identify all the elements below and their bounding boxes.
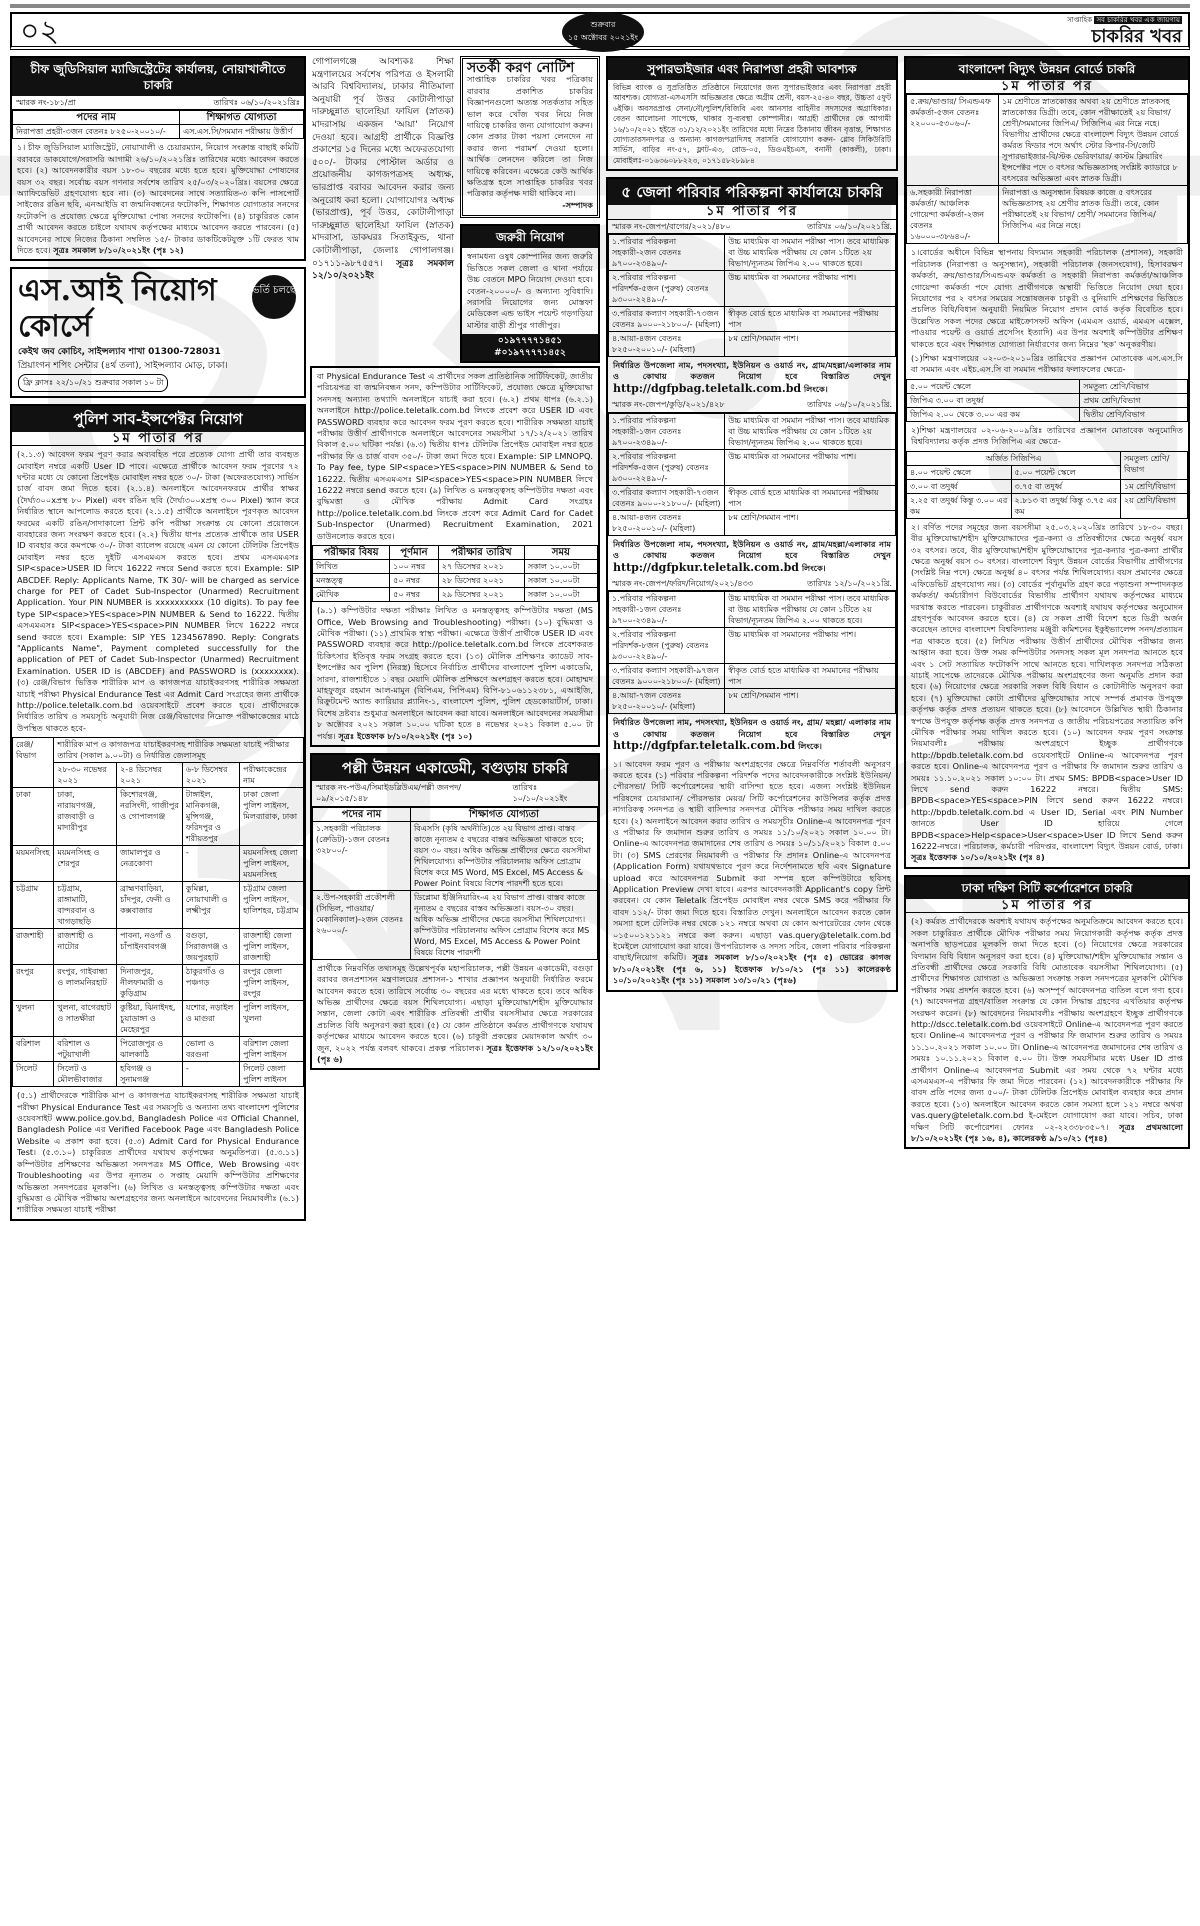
cell: চট্টগ্রাম জেলা পুলিশ লাইনস, হালিশহর, চট্… bbox=[240, 882, 304, 929]
cell: ঢাকা জেলা পুলিশ লাইনস, মিলব্যারাক, ঢাকা bbox=[240, 788, 304, 846]
table-header-row: অর্জিত সিজিপিএসমতুল্য শ্রেণি/বিভাগ bbox=[907, 451, 1188, 465]
cell: ২৮-৩০ নভেম্বর ২০২১ bbox=[54, 763, 117, 788]
cell: ২-৪ ডিসেম্বর ২০২১ bbox=[117, 763, 183, 788]
cell: কুষ্টিয়া, ঝিনাইদহ, চুয়াডাঙ্গা ও মেহেরপ… bbox=[117, 1001, 183, 1037]
family-planning-ad: ৫ জেলা পরিবার পরিকল্পনা কার্যালয়ে চাকরি… bbox=[606, 177, 898, 991]
cell: পিরোজপুর ও ঝালকাঠি bbox=[117, 1037, 183, 1062]
cell: খুলনা, বাগেরহাট ও সাতক্ষীরা bbox=[54, 1001, 117, 1037]
free-class: ফ্রি ক্লাসঃ ২২/১০/২১ শুক্রবার সকাল ১০ টা bbox=[18, 374, 168, 391]
cell: ৩.পরিবার কল্যাণ সহকারী-৭৩জন বেতনঃ ৯০০০-২… bbox=[609, 307, 725, 332]
cell: চট্টগ্রাম, রাঙ্গামাটি, বান্দরবান ও খাগড়… bbox=[54, 882, 117, 929]
cell: রাজশাহী ও নাটোর bbox=[54, 929, 117, 965]
cell: উচ্চ মাধ্যমিক বা সমমানের পরীক্ষায় পাশ। bbox=[725, 271, 896, 307]
table-row: ৪.আয়া-৪জন বেতনঃ ৮২৫০-২০০১০/- (মহিলা)৮ম … bbox=[609, 510, 896, 535]
memo-date: তারিখঃ ০৬/১০/২০২১খ্রি. bbox=[807, 221, 892, 232]
th-post: পদের নাম bbox=[13, 111, 180, 125]
bpdb-title: বাংলাদেশ বিদ্যুৎ উন্নয়ন বোর্ডে চাকরি bbox=[906, 58, 1188, 80]
page-number: ০২ bbox=[20, 14, 59, 50]
family-note: নির্ধারিত উপজেলা নাম, পদসংখ্যা, ইউনিয়ন … bbox=[608, 536, 896, 577]
cell: বগুড়া, সিরাজগঞ্জ ও জয়পুরহাট bbox=[182, 929, 239, 965]
cell: সকাল ১০.০০টা bbox=[524, 574, 597, 588]
madrasa-ad: গোপালগঞ্জে আবশ্যকঃ শিক্ষা মন্ত্রণালয়ের … bbox=[310, 56, 456, 283]
gpa-intro-1: (১)শিক্ষা মন্ত্রণালয়ের ০২-০৩-২০১০খ্রিঃ … bbox=[906, 353, 1188, 379]
table-row: মৌখিক৫০ নম্বর২৯ ডিসেম্বর ২০২১সকাল ১০.০০ট… bbox=[313, 588, 598, 602]
column-1: চীফ জুডিসিয়াল ম্যাজিস্ট্রেটের কার্যালয়… bbox=[10, 56, 306, 1227]
logo-name: চাকরির খবর bbox=[1067, 26, 1182, 48]
table-row: খুলনাখুলনা, বাগেরহাট ও সাতক্ষীরাকুষ্টিয়… bbox=[13, 1001, 304, 1037]
table-row: রাজশাহীরাজশাহী ও নাটোরপাবনা, নওগাঁ ও চাঁ… bbox=[13, 929, 304, 965]
cell: রংপুর, গাইবান্ধা ও লালমনিরহাট bbox=[54, 965, 117, 1001]
cell: সিলেট ও মৌলভীবাজার bbox=[54, 1062, 117, 1087]
cell: ৫.০০ পয়েন্ট স্কেলে bbox=[907, 379, 1080, 393]
police-ad: পুলিশ সাব-ইন্সপেক্টর নিয়োগ ১ম পাতার পর … bbox=[10, 404, 306, 1221]
cell: সিলেট bbox=[13, 1062, 54, 1087]
cell: ৬-৮ ডিসেম্বর ২০২১ bbox=[182, 763, 239, 788]
rda-body: প্রার্থীকে নিম্নবর্ণিত তথ্যসমূহ উল্লেখপূ… bbox=[317, 963, 593, 1053]
cell: কিশোরগঞ্জ, নরসিংদী, গাজীপুর ও গোপালগঞ্জ bbox=[117, 788, 183, 846]
cell: ৪.০০ পয়েন্ট স্কেলে bbox=[907, 465, 1012, 479]
table-row: ৩.০০ বা তদুর্ধ্ব৩.৭৫ বা তদুর্ধ্ব১ম শ্রেণ… bbox=[907, 479, 1188, 493]
link-url[interactable]: http://dgfpkur.teletalk.com.bd bbox=[613, 561, 799, 574]
table-row: ১.পরিবার পরিকল্পনা সহকারী-২জন বেতনঃ ৯৭০০… bbox=[609, 235, 896, 271]
cell: বরিশাল bbox=[13, 1037, 54, 1062]
table-row: ২.পরিবার পরিকল্পনা পরিদর্শক-৫জন (পুরুষ) … bbox=[609, 271, 896, 307]
family-note: নির্ধারিত উপজেলা নাম, পদসংখ্যা, ইউনিয়ন … bbox=[608, 714, 896, 755]
issue-date: ১৫ অক্টোবর ২০২১ইং bbox=[562, 31, 644, 44]
cell: ৩.পরিবার কল্যাণ সহকারী-৯৭জন বেতনঃ ৯০০০-২… bbox=[609, 664, 725, 689]
cell: স্বীকৃত বোর্ড হতে মাধ্যমিক বা সমমানের পর… bbox=[725, 664, 896, 689]
family-table: ১.পরিবার পরিকল্পনা সহকারী-১জন বেতনঃ ৯৭০০… bbox=[608, 591, 896, 714]
cell: ময়মনসিংহ ও শেরপুর bbox=[54, 846, 117, 882]
link-url[interactable]: http://dgfpbag.teletalk.com.bd bbox=[613, 382, 801, 395]
family-memo-row: স্মারক নং-জেপপ/বাগের/২০২১/৪৮০তারিখঃ ০৬/১… bbox=[608, 220, 896, 234]
table-row: চট্টগ্রামচট্টগ্রাম, রাঙ্গামাটি, বান্দরবা… bbox=[13, 882, 304, 929]
cell: জিপিএ ৩.০০ বা তদুর্ধ্ব bbox=[907, 393, 1080, 407]
memo-number: স্মারক নং-জেপপ/কুড়ি/২০২১/৪২৮ bbox=[612, 399, 725, 410]
cell: ৪.আয়া-৪জন বেতনঃ ৮২৫০-২০০১০/- (মহিলা) bbox=[609, 510, 725, 535]
table-header: রেঞ্জ/ বিভাগ bbox=[13, 738, 54, 788]
table-row: রংপুররংপুর, গাইবান্ধা ও লালমনিরহাটদিনাজপ… bbox=[13, 965, 304, 1001]
table-row: ২.২৫ বা তদুর্ধ্ব কিন্তু ৩.০০ এর কম২.৮১৩ … bbox=[907, 493, 1188, 518]
cell: প্রথম শ্রেণি/বিভাগ bbox=[1080, 393, 1188, 407]
cell: খুলনা bbox=[13, 1001, 54, 1037]
coaching-contact: কেইথ জব কোচিং, সাইন্সল্যাব শাখা 01300-72… bbox=[18, 347, 298, 358]
table-row: ৬.সহকারী নিরাপত্তা কর্মকর্তা/ আঞ্চলিক গো… bbox=[907, 186, 1188, 244]
gpa-table-2: অর্জিত সিজিপিএসমতুল্য শ্রেণি/বিভাগ৪.০০ প… bbox=[906, 451, 1188, 519]
judicial-body: ১। চীফ জুডিসিয়াল ম্যাজিস্ট্রেট, নোয়াখা… bbox=[17, 142, 299, 255]
family-table: ১.পরিবার পরিকল্পনা সহকারী-১জন বেতনঃ ৯৭০০… bbox=[608, 413, 896, 536]
cell: ৪.আয়া-৭জন বেতনঃ ৮২৫০-২০০১০/- (মহিলা) bbox=[609, 689, 725, 714]
table-row: ২.উপ-সহকারী প্রকৌশলী (সিভিল, পাওয়ার/ মে… bbox=[313, 890, 598, 959]
masthead: ০২ শুক্রবার ১৫ অক্টোবর ২০২১ইং সাপ্তাহিক … bbox=[10, 12, 1190, 50]
table-header: সমতুল্য শ্রেণি/বিভাগ bbox=[1120, 451, 1187, 479]
table-row: ৪.আয়া-৭জন বেতনঃ ৮২৫০-২০০১০/- (মহিলা)৮ম … bbox=[609, 689, 896, 714]
note-text: নির্ধারিত উপজেলা নাম, পদসংখ্যা, ইউনিয়ন … bbox=[613, 360, 891, 381]
cell: ১.পরিবার পরিকল্পনা সহকারী-২জন বেতনঃ ৯৭০০… bbox=[609, 235, 725, 271]
cell: ১০০ নম্বর bbox=[390, 560, 439, 574]
police-continued: বা Physical Endurance Test এ প্রার্থীদের… bbox=[310, 366, 600, 747]
date-badge: শুক্রবার ১৫ অক্টোবর ২০২১ইং bbox=[562, 12, 644, 52]
family-memo-row: স্মারক নং-জেপপ/ফরিদ/নিয়োগ/২০২১/৪৩৩তারিখ… bbox=[608, 577, 896, 591]
madrasa-body: গোপালগঞ্জে আবশ্যকঃ শিক্ষা মন্ত্রণালয়ের … bbox=[312, 57, 454, 269]
cell: ৩.০০ বা তদুর্ধ্ব bbox=[907, 479, 1012, 493]
cell: ৫০ নম্বর bbox=[390, 574, 439, 588]
cell: রাজশাহী জেলা পুলিশ লাইনস, রাজশাহী bbox=[240, 929, 304, 965]
dscc-title: ঢাকা দক্ষিণ সিটি কর্পোরেশনে চাকরি bbox=[906, 877, 1188, 899]
cell: রাজশাহী bbox=[13, 929, 54, 965]
cell: ১ম শ্রেণীতে স্নাতকোত্তর অথবা ২য় শ্রেণীত… bbox=[999, 95, 1188, 186]
cell: নিরাপত্তা ও অনুসন্ধান বিষয়ক কাজে ৫ বৎসর… bbox=[999, 186, 1188, 244]
family-table: ১.পরিবার পরিকল্পনা সহকারী-২জন বেতনঃ ৯৭০০… bbox=[608, 234, 896, 357]
top-rule bbox=[10, 4, 1190, 8]
cell: জামালপুর ও নেত্রকোণা bbox=[117, 846, 183, 882]
link-url[interactable]: http://dgfpfar.teletalk.com.bd bbox=[613, 739, 795, 752]
cell: উচ্চ মাধ্যমিক বা সমমানের পরীক্ষায় পাশ। bbox=[725, 449, 896, 485]
family-title: ৫ জেলা পরিবার পরিকল্পনা কার্যালয়ে চাকরি bbox=[608, 179, 896, 205]
table-header: পরীক্ষার বিষয় bbox=[313, 546, 390, 560]
table-row: ৫.ক্রয়/ভাণ্ডার/ সিএন্ডএফ কর্মকর্তা-৫জন … bbox=[907, 95, 1188, 186]
note-text: নির্ধারিত উপজেলা নাম, পদসংখ্যা, ইউনিয়ন … bbox=[613, 539, 891, 560]
logo-tagline: সব চাকরির খবর এক জায়গায় bbox=[1094, 16, 1182, 24]
cell: দিনাজপুর, নীলফামারী ও কুড়িগ্রাম bbox=[117, 965, 183, 1001]
table-row: ২৮-৩০ নভেম্বর ২০২১২-৪ ডিসেম্বর ২০২১৬-৮ ড… bbox=[13, 763, 304, 788]
dscc-body: (২) কর্মরত প্রার্থীদেরকে অবশ্যই যথাযথ কর… bbox=[911, 916, 1183, 1131]
cell: ভোলা ও বরগুনা bbox=[182, 1037, 239, 1062]
cell: টাঙ্গাইল, মানিকগঞ্জ, মুন্সিগঞ্জ, ফরিদপুর… bbox=[182, 788, 239, 846]
cell: ৬.সহকারী নিরাপত্তা কর্মকর্তা/ আঞ্চলিক গো… bbox=[907, 186, 999, 244]
table-header: অর্জিত সিজিপিএ bbox=[907, 451, 1121, 465]
table-row: ১.পরিবার পরিকল্পনা সহকারী-১জন বেতনঃ ৯৭০০… bbox=[609, 413, 896, 449]
cell: জিপিএ ২.০০ থেকে ৩.০০ এর কম bbox=[907, 407, 1080, 421]
family-sub: ১ম পাতার পর bbox=[608, 205, 896, 219]
urgent-ad: জরুরী নিয়োগ স্বনামধন্য ওষুধ কোম্পানির জ… bbox=[460, 224, 600, 363]
notice-title: সতর্কী করণ নোটিশ bbox=[467, 63, 593, 74]
family-note: নির্ধারিত উপজেলা নাম, পদসংখ্যা, ইউনিয়ন … bbox=[608, 357, 896, 398]
cell: বিএসসি (কৃষি অর্থনীতি)তে ২য় বিভাগ প্রাপ… bbox=[411, 821, 598, 890]
police-title: পুলিশ সাব-ইন্সপেক্টর নিয়োগ bbox=[12, 406, 304, 432]
cell: ৮ম শ্রেণি/সমমান পাশ। bbox=[725, 332, 896, 357]
dscc-sub: ১ম পাতার পর bbox=[906, 899, 1188, 913]
cell: ২য় শ্রেণি/বিভাগ bbox=[1120, 493, 1187, 518]
cell: ৫০ নম্বর bbox=[390, 588, 439, 602]
police-sub: ১ম পাতার পর bbox=[12, 432, 304, 446]
cell: ৩.৭৫ বা তদুর্ধ্ব bbox=[1011, 479, 1120, 493]
column-3: সুপারভাইজার এবং নিরাপত্তা প্রহরী আবশ্যক … bbox=[606, 56, 898, 998]
cell: ২৮ ডিসেম্বর ২০২১ bbox=[438, 574, 524, 588]
column-2c: বা Physical Endurance Test এ প্রার্থীদের… bbox=[310, 366, 600, 1076]
cell: ঢাকা bbox=[13, 788, 54, 846]
table-row: ২.পরিবার পরিকল্পনা পরিদর্শক-৫জন (পুরুষ) … bbox=[609, 449, 896, 485]
cell: সকাল ১০.০০টা bbox=[524, 588, 597, 602]
newspaper-logo: সাপ্তাহিক সব চাকরির খবর এক জায়গায় চাকর… bbox=[1067, 14, 1182, 48]
cell: উচ্চ মাধ্যমিক বা সমমান পরীক্ষা পাস। তবে … bbox=[725, 592, 896, 628]
memo-number: স্মারক নং-জেপপ/ফরিদ/নিয়োগ/২০২১/৪৩৩ bbox=[612, 578, 753, 589]
cell: ১ম শ্রেণি/বিভাগ bbox=[1120, 479, 1187, 493]
judicial-ad: চীফ জুডিসিয়াল ম্যাজিস্ট্রেটের কার্যালয়… bbox=[10, 56, 306, 261]
bpdb-body-2: ২। বর্ণিত পদের সমূহের জন্য বয়সসীমা ২৫.০… bbox=[911, 522, 1183, 851]
table-header: শারীরিক মাপ ও কাগজপত্র যাচাইকরণসহ শারীরি… bbox=[54, 738, 304, 763]
police-source: সূত্রঃ ইত্তেফাক ৮/১০/২০২১ইং (পৃঃ ১০) bbox=[338, 731, 472, 741]
cell: - bbox=[182, 1062, 239, 1087]
gpa-table-1: ৫.০০ পয়েন্ট স্কেলেসমতুল্য শ্রেণি/বিভাগজ… bbox=[906, 379, 1188, 422]
cell: - bbox=[182, 846, 239, 882]
family-memo-row: স্মারক নং-জেপপ/কুড়ি/২০২১/৪২৮তারিখঃ ০৬/১… bbox=[608, 398, 896, 412]
urgent-phones: ০১৯৭৭৭৭১৪৫১ #০১৯৭৭৭৭১৪৫২ bbox=[462, 334, 598, 361]
cell: মৌখিক bbox=[313, 588, 390, 602]
table-row: ৫.০০ পয়েন্ট স্কেলেসমতুল্য শ্রেণি/বিভাগ bbox=[907, 379, 1188, 393]
cell: বরিশাল ও পটুয়াখালী bbox=[54, 1037, 117, 1062]
family-blocks: স্মারক নং-জেপপ/বাগের/২০২১/৪৮০তারিখঃ ০৬/১… bbox=[608, 220, 896, 756]
table-row: লিখিত১০০ নম্বর২৭ ডিসেম্বর ২০২১সকাল ১০.০০… bbox=[313, 560, 598, 574]
notice-signature: -সম্পাদক bbox=[467, 200, 593, 211]
cell: ১.পরিবার পরিকল্পনা সহকারী-১জন বেতনঃ ৯৭০০… bbox=[609, 413, 725, 449]
table-header: পদের নাম bbox=[313, 807, 411, 821]
cell: ৩.পরিবার কল্যাণ সহকারী-৭৩জন বেতনঃ ৯০০০-২… bbox=[609, 485, 725, 510]
cell: ৫.০০ পয়েন্ট স্কেলে bbox=[1011, 465, 1120, 479]
table-row: ময়মনসিংহময়মনসিংহ ও শেরপুরজামালপুর ও নে… bbox=[13, 846, 304, 882]
cell: ৮ম শ্রেণি/সমমান পাশ। bbox=[725, 689, 896, 714]
cell: ৮ম শ্রেণি/সমমান পাশ। bbox=[725, 510, 896, 535]
table-row: ৩.পরিবার কল্যাণ সহকারী-৯৭জন বেতনঃ ৯০০০-২… bbox=[609, 664, 896, 689]
cell: এস.এস.সি/সমমান পরীক্ষায় উত্তীর্ণ bbox=[180, 125, 304, 139]
cell: পাবনা, নওগাঁ ও চাঁপাইনবাবগঞ্জ bbox=[117, 929, 183, 965]
cell: চট্টগ্রাম bbox=[13, 882, 54, 929]
rda-memo: স্মারক নং-পউএ/সিমাইডব্লিউএম/পল্লী জনপদ/০… bbox=[316, 782, 513, 805]
cell: ৫.ক্রয়/ভাণ্ডার/ সিএন্ডএফ কর্মকর্তা-৫জন … bbox=[907, 95, 999, 186]
cell: দ্বিতীয় শ্রেণি/বিভাগ bbox=[1080, 407, 1188, 421]
cell: ১.সহকারী পরিচালক (ক্রেডিট)-১জন বেতনঃ ৩২৮… bbox=[313, 821, 411, 890]
cell: হবিগঞ্জ ও সুনামগঞ্জ bbox=[117, 1062, 183, 1087]
cell: বরিশাল জেলা পুলিশ লাইনস bbox=[240, 1037, 304, 1062]
police-body: (২.১.৩) আবেদন ফরম পূরণ করার অব্যবহিত পরে… bbox=[12, 446, 304, 737]
cell: ময়মনসিংহ জেলা পুলিশ লাইনস, ময়মনসিংহ bbox=[240, 846, 304, 882]
cell: ২.পরিবার পরিকল্পনা পরিদর্শক-৫জন (পুরুষ) … bbox=[609, 449, 725, 485]
cell: স্বীকৃত বোর্ড হতে মাধ্যমিক বা সমমানের পর… bbox=[725, 307, 896, 332]
family-body: ১। আবেদন ফরম পূরণ ও পরীক্ষায় অংশগ্রহণের… bbox=[613, 759, 891, 963]
table-header: পূর্ণমান bbox=[390, 546, 439, 560]
police-cont-body-2: (৯.১) কম্পিউটার দক্ষতা পরীক্ষাঃ লিখিত ও … bbox=[317, 605, 593, 740]
range-table: রেঞ্জ/ বিভাগশারীরিক মাপ ও কাগজপত্র যাচাই… bbox=[12, 737, 304, 1087]
table-row: জিপিএ ৩.০০ বা তদুর্ধ্বপ্রথম শ্রেণি/বিভাগ bbox=[907, 393, 1188, 407]
dscc-ad: ঢাকা দক্ষিণ সিটি কর্পোরেশনে চাকরি ১ম পাত… bbox=[904, 875, 1190, 1150]
column-2a: গোপালগঞ্জে আবশ্যকঃ শিক্ষা মন্ত্রণালয়ের … bbox=[310, 56, 456, 283]
notice-body: সাপ্তাহিক চাকরির খবর পত্রিকায় বারবার প্… bbox=[467, 74, 593, 199]
cell: ২.উপ-সহকারী প্রকৌশলী (সিভিল, পাওয়ার/ মে… bbox=[313, 890, 411, 959]
cell: যশোর, নড়াইল ও মাগুরা bbox=[182, 1001, 239, 1037]
cell: পুলিশ লাইনস, খুলনা bbox=[240, 1001, 304, 1037]
gpa-intro-2: ২)শিক্ষা মন্ত্রণালয়ের ০২-০৬-২০০৯খ্রিঃ ত… bbox=[906, 422, 1188, 451]
table-header: সময় bbox=[524, 546, 597, 560]
police-cont-body: বা Physical Endurance Test এ প্রার্থীদের… bbox=[312, 368, 598, 545]
table-row: সিলেটসিলেট ও মৌলভীবাজারহবিগঞ্জ ও সুনামগঞ… bbox=[13, 1062, 304, 1087]
cell: ঠাকুরগাঁও ও পঞ্চগড় bbox=[182, 965, 239, 1001]
cell: রংপুর bbox=[13, 965, 54, 1001]
exam-table: পরীক্ষার বিষয়পূর্ণমানপরীক্ষার তারিখসময়… bbox=[312, 545, 598, 602]
coaching-ad: এস.আই নিয়োগ কোর্সে ভর্তি চলছে কেইথ জব ক… bbox=[10, 267, 306, 397]
bpdb-ad: বাংলাদেশ বিদ্যুৎ উন্নয়ন বোর্ডে চাকরি ১ম… bbox=[904, 56, 1190, 869]
table-row: ২.পরিবার পরিকল্পনা পরিদর্শক-৮জন (পুরুষ) … bbox=[609, 628, 896, 664]
memo-date: তারিখঃ ০৬/১০/২০২১খ্রি. bbox=[807, 399, 892, 410]
th-qualification: শিক্ষাগত যোগ্যতা bbox=[180, 111, 304, 125]
judicial-date: তারিখঃ ০৬/১০/২০২১খ্রিঃ bbox=[213, 97, 300, 108]
police-body-2: (৫.১) প্রার্থীদেরকে শারীরিক মাপ ও কাগজপত… bbox=[12, 1087, 304, 1218]
cell: ২.পরিবার পরিকল্পনা পরিদর্শক-৫জন (পুরুষ) … bbox=[609, 271, 725, 307]
bpdb-body-1: ১।বোর্ডের অধীনে বিভিন্ন স্থাপনায় বিদ্যম… bbox=[906, 244, 1188, 353]
security-body: বিভিন্ন ব্যাংক ও সুপ্রতিষ্ঠিত প্রতিষ্ঠান… bbox=[608, 80, 896, 169]
bpdb-sub: ১ম পাতার পর bbox=[906, 80, 1188, 94]
cell: লিখিত bbox=[313, 560, 390, 574]
security-title: সুপারভাইজার এবং নিরাপত্তা প্রহরী আবশ্যক bbox=[608, 58, 896, 80]
memo-number: স্মারক নং-জেপপ/বাগের/২০২১/৪৮০ bbox=[612, 221, 731, 232]
cell: ১.পরিবার পরিকল্পনা সহকারী-১জন বেতনঃ ৯৭০০… bbox=[609, 592, 725, 628]
table-header-row: পরীক্ষার বিষয়পূর্ণমানপরীক্ষার তারিখসময় bbox=[313, 546, 598, 560]
bpdb-table: ৫.ক্রয়/ভাণ্ডার/ সিএন্ডএফ কর্মকর্তা-৫জন … bbox=[906, 94, 1188, 244]
cell: ২.পরিবার পরিকল্পনা পরিদর্শক-৮জন (পুরুষ) … bbox=[609, 628, 725, 664]
bpdb-source: সূত্রঃ ইত্তেফাক ১০/১০/২০২১ইং (পৃঃ ৪) bbox=[911, 852, 1045, 862]
warning-notice: সতর্কী করণ নোটিশ সাপ্তাহিক চাকরির খবর পত… bbox=[460, 56, 600, 218]
cell: উচ্চ মাধ্যমিক বা সমমানের পরীক্ষায় পাশ। bbox=[725, 628, 896, 664]
cell: সিলেট জেলা পুলিশ লাইনস bbox=[240, 1062, 304, 1087]
table-row: ৩.পরিবার কল্যাণ সহকারী-৭৩জন বেতনঃ ৯০০০-২… bbox=[609, 485, 896, 510]
table-header: শিক্ষাগত যোগ্যতা bbox=[411, 807, 598, 821]
issue-day: শুক্রবার bbox=[562, 18, 644, 31]
urgent-title: জরুরী নিয়োগ bbox=[462, 226, 598, 248]
judicial-title: চীফ জুডিসিয়াল ম্যাজিস্ট্রেটের কার্যালয়… bbox=[12, 58, 304, 96]
table-row: ৩.পরিবার কল্যাণ সহকারী-৭৩জন বেতনঃ ৯০০০-২… bbox=[609, 307, 896, 332]
rda-ad: পল্লী উন্নয়ন একাডেমী, বগুড়ায় চাকরি স্… bbox=[310, 753, 600, 1070]
cell: সকাল ১০.০০টা bbox=[524, 560, 597, 574]
cell: উচ্চ মাধ্যমিক বা সমমান পরীক্ষা পাস। তবে … bbox=[725, 413, 896, 449]
table-row: ঢাকাঢাকা, নারায়ণগঞ্জ, রাজবাড়ী ও মাদারী… bbox=[13, 788, 304, 846]
table-row: ১.সহকারী পরিচালক (ক্রেডিট)-১জন বেতনঃ ৩২৮… bbox=[313, 821, 598, 890]
logo-weekly: সাপ্তাহিক bbox=[1067, 16, 1092, 24]
judicial-memo: স্মারক নং-১৮১/প্রা bbox=[16, 97, 76, 108]
cell: স্বীকৃত বোর্ড হতে মাধ্যমিক বা সমমানের পর… bbox=[725, 485, 896, 510]
table-header-row: রেঞ্জ/ বিভাগশারীরিক মাপ ও কাগজপত্র যাচাই… bbox=[13, 738, 304, 763]
note-suffix: লিংকে। bbox=[795, 741, 822, 751]
note-suffix: লিংকে। bbox=[801, 384, 828, 394]
memo-date: তারিখঃ ১২/১০/২০২১খ্রি. bbox=[807, 578, 892, 589]
table-row: বরিশালবরিশাল ও পটুয়াখালীপিরোজপুর ও ঝালক… bbox=[13, 1037, 304, 1062]
coaching-address: প্রিয়াংগন শপিং সেন্টার (৪র্থ তলা), সাইন… bbox=[18, 361, 298, 372]
cell: নিরাপত্তা প্রহরী-৩জন বেতনঃ ৮২৫০-২০০১০/- bbox=[13, 125, 180, 139]
cell: কুমিল্লা, নোয়াখালী ও লক্ষ্মীপুর bbox=[182, 882, 239, 929]
cell: ২.৮১৩ বা তদুর্ধ্ব কিন্তু ৩.৭৫ এর কম bbox=[1011, 493, 1120, 518]
rda-title: পল্লী উন্নয়ন একাডেমী, বগুড়ায় চাকরি bbox=[312, 755, 598, 781]
cell: পরীক্ষাকেন্দ্রের নাম bbox=[240, 763, 304, 788]
cell: ময়মনসিংহ bbox=[13, 846, 54, 882]
cell: ৪.আয়া-৪জন বেতনঃ ৮২৫০-২০০১০/- (মহিলা) bbox=[609, 332, 725, 357]
cell: ডিপ্লোমা ইঞ্জিনিয়ারিং-এ ২য় বিভাগ প্রাপ… bbox=[411, 890, 598, 959]
cell: ২৭ ডিসেম্বর ২০২১ bbox=[438, 560, 524, 574]
urgent-body: স্বনামধন্য ওষুধ কোম্পানির জন্য জরুরি ভিত… bbox=[462, 248, 598, 334]
cell: মনস্তত্ত্ব bbox=[313, 574, 390, 588]
rda-table: পদের নামশিক্ষাগত যোগ্যতা১.সহকারী পরিচালক… bbox=[312, 807, 598, 960]
cell: সমতুল্য শ্রেণি/বিভাগ bbox=[1080, 379, 1188, 393]
cell: উচ্চ মাধ্যমিক বা সমমান পরীক্ষা পাস। তবে … bbox=[725, 235, 896, 271]
table-row: ৪.আয়া-৪জন বেতনঃ ৮২৫০-২০০১০/- (মহিলা)৮ম … bbox=[609, 332, 896, 357]
rda-date: তারিখঃ ১০/১০/২০২১ইং bbox=[513, 782, 594, 805]
column-4: বাংলাদেশ বিদ্যুৎ উন্নয়ন বোর্ডে চাকরি ১ম… bbox=[904, 56, 1190, 1155]
note-text: নির্ধারিত উপজেলা নাম, পদসংখ্যা, ইউনিয়ন … bbox=[613, 717, 891, 738]
column-2b: সতর্কী করণ নোটিশ সাপ্তাহিক চাকরির খবর পত… bbox=[460, 56, 600, 369]
cell: ২.২৫ বা তদুর্ধ্ব কিন্তু ৩.০০ এর কম bbox=[907, 493, 1012, 518]
cell: ২৯ ডিসেম্বর ২০২১ bbox=[438, 588, 524, 602]
judicial-source: সূত্রঃ সমকাল ৮/১০/২০২১ইং (পৃঃ ১২) bbox=[53, 245, 183, 255]
note-suffix: লিংকে। bbox=[799, 563, 826, 573]
table-row: জিপিএ ২.০০ থেকে ৩.০০ এর কমদ্বিতীয় শ্রেণ… bbox=[907, 407, 1188, 421]
table-header: পরীক্ষার তারিখ bbox=[438, 546, 524, 560]
table-row: ১.পরিবার পরিকল্পনা সহকারী-১জন বেতনঃ ৯৭০০… bbox=[609, 592, 896, 628]
judicial-table: পদের নামশিক্ষাগত যোগ্যতা নিরাপত্তা প্রহর… bbox=[12, 110, 304, 139]
table-row: মনস্তত্ত্ব৫০ নম্বর২৮ ডিসেম্বর ২০২১সকাল ১… bbox=[313, 574, 598, 588]
cell: ঢাকা, নারায়ণগঞ্জ, রাজবাড়ী ও মাদারীপুর bbox=[54, 788, 117, 846]
cell: ব্রাহ্মণবাড়িয়া, চাঁদপুর, ফেনী ও কক্সবা… bbox=[117, 882, 183, 929]
table-header-row: পদের নামশিক্ষাগত যোগ্যতা bbox=[313, 807, 598, 821]
cell: রংপুর জেলা পুলিশ লাইনস, রংপুর bbox=[240, 965, 304, 1001]
security-ad: সুপারভাইজার এবং নিরাপত্তা প্রহরী আবশ্যক … bbox=[606, 56, 898, 171]
